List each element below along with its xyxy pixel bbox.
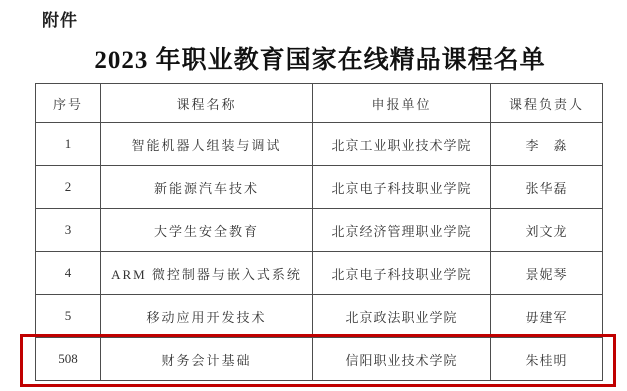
col-header-no: 序号 — [36, 84, 101, 123]
document-page: 附件 2023 年职业教育国家在线精品课程名单 序号 课程名称 申报单位 课程负… — [0, 0, 627, 391]
cell-unit: 北京工业职业技术学院 — [313, 123, 491, 166]
cell-no: 5 — [36, 295, 101, 338]
table-row: 3 大学生安全教育 北京经济管理职业学院 刘文龙 — [36, 209, 603, 252]
cell-course: 大学生安全教育 — [101, 209, 313, 252]
cell-course: 财务会计基础 — [101, 338, 313, 381]
cell-unit: 北京电子科技职业学院 — [313, 252, 491, 295]
cell-no: 3 — [36, 209, 101, 252]
table-row: 2 新能源汽车技术 北京电子科技职业学院 张华磊 — [36, 166, 603, 209]
cell-leader: 景妮琴 — [491, 252, 603, 295]
table-header-row: 序号 课程名称 申报单位 课程负责人 — [36, 84, 603, 123]
cell-course: 智能机器人组装与调试 — [101, 123, 313, 166]
cell-unit: 信阳职业技术学院 — [313, 338, 491, 381]
cell-course: 移动应用开发技术 — [101, 295, 313, 338]
attachment-label: 附件 — [42, 6, 78, 31]
table-row: 5 移动应用开发技术 北京政法职业学院 毋建军 — [36, 295, 603, 338]
page-title: 2023 年职业教育国家在线精品课程名单 — [20, 40, 620, 76]
cell-leader: 李 淼 — [491, 123, 603, 166]
course-table: 序号 课程名称 申报单位 课程负责人 1 智能机器人组装与调试 北京工业职业技术… — [35, 83, 603, 381]
cell-leader: 朱桂明 — [491, 338, 603, 381]
cell-course: ARM 微控制器与嵌入式系统 — [101, 252, 313, 295]
cell-leader: 张华磊 — [491, 166, 603, 209]
cell-no: 4 — [36, 252, 101, 295]
cell-leader: 刘文龙 — [491, 209, 603, 252]
table-row: 1 智能机器人组装与调试 北京工业职业技术学院 李 淼 — [36, 123, 603, 166]
col-header-leader: 课程负责人 — [491, 84, 603, 123]
table-row: 4 ARM 微控制器与嵌入式系统 北京电子科技职业学院 景妮琴 — [36, 252, 603, 295]
cell-course: 新能源汽车技术 — [101, 166, 313, 209]
cell-no: 1 — [36, 123, 101, 166]
col-header-course: 课程名称 — [101, 84, 313, 123]
cell-unit: 北京电子科技职业学院 — [313, 166, 491, 209]
table-row-highlighted: 508 财务会计基础 信阳职业技术学院 朱桂明 — [36, 338, 603, 381]
cell-unit: 北京政法职业学院 — [313, 295, 491, 338]
cell-unit: 北京经济管理职业学院 — [313, 209, 491, 252]
cell-leader: 毋建军 — [491, 295, 603, 338]
col-header-unit: 申报单位 — [313, 84, 491, 123]
cell-no: 2 — [36, 166, 101, 209]
cell-no: 508 — [36, 338, 101, 381]
